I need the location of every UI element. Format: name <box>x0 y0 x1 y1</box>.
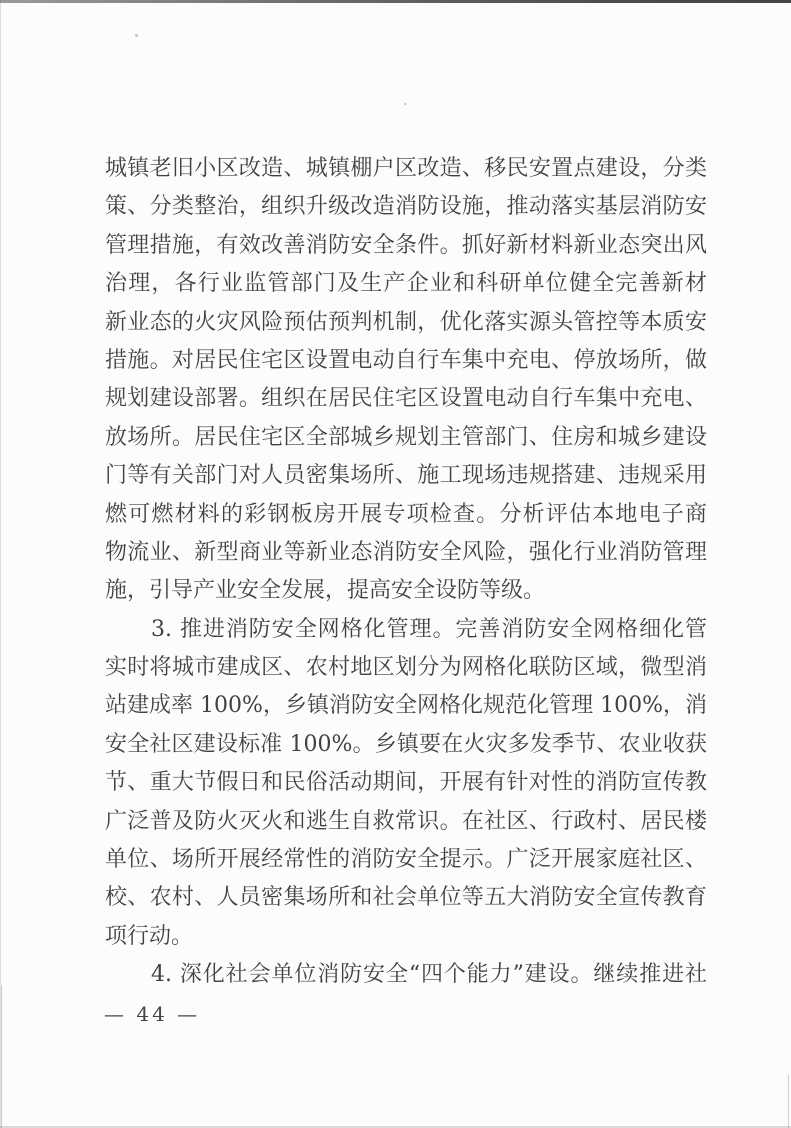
text-line: 管理措施，有效改善消防安全条件。抓好新材料新业态突出风险 <box>105 227 707 265</box>
scan-artifact-left-edge-lower <box>1 985 2 1128</box>
text-line: 施，引导产业安全发展，提高安全设防等级。 <box>105 572 707 610</box>
document-body-text: 城镇老旧小区改造、城镇棚户区改造、移民安置点建设，分类施策、分类整治，组织升级改… <box>105 150 707 995</box>
text-line: 3. 推进消防安全网格化管理。完善消防安全网格细化管理。 <box>105 611 707 649</box>
scan-speck <box>135 34 138 37</box>
text-line: 物流业、新型商业等新业态消防安全风险，强化行业消防管理措 <box>105 534 707 572</box>
scan-speck <box>404 103 407 105</box>
text-line: 新业态的火灾风险预估预判机制，优化落实源头管控等本质安全 <box>105 304 707 342</box>
scan-artifact-right-edge-lower <box>788 1075 789 1128</box>
scan-artifact-left-edge <box>0 0 1 1128</box>
text-line: 城镇老旧小区改造、城镇棚户区改造、移民安置点建设，分类施 <box>105 150 707 188</box>
text-line: 策、分类整治，组织升级改造消防设施，推动落实基层消防安全 <box>105 188 707 226</box>
document-page: 城镇老旧小区改造、城镇棚户区改造、移民安置点建设，分类施策、分类整治，组织升级改… <box>0 0 791 1128</box>
text-line: 措施。对居民住宅区设置电动自行车集中充电、停放场所，做出 <box>105 342 707 380</box>
text-line: 节、重大节假日和民俗活动期间，开展有针对性的消防宣传教育， <box>105 764 707 802</box>
text-line: 放场所。居民住宅区全部城乡规划主管部门、住房和城乡建设部 <box>105 419 707 457</box>
text-line: 实时将城市建成区、农村地区划分为网格化联防区域，微型消防 <box>105 649 707 687</box>
text-line: 安全社区建设标准 100%。乡镇要在火灾多发季节、农业收获季 <box>105 726 707 764</box>
text-line: 燃可燃材料的彩钢板房开展专项检查。分析评估本地电子商务、 <box>105 496 707 534</box>
text-line: 校、农村、人员密集场所和社会单位等五大消防安全宣传教育专 <box>105 879 707 917</box>
text-line: 项行动。 <box>105 918 707 956</box>
text-line: 站建成率 100%，乡镇消防安全网格化规范化管理 100%，消防 <box>105 687 707 725</box>
page-number: — 44 — <box>104 1002 200 1026</box>
text-line: 门等有关部门对人员密集场所、施工现场违规搭建、违规采用易 <box>105 457 707 495</box>
text-line: 治理，各行业监管部门及生产企业和科研单位健全完善新材料、 <box>105 265 707 303</box>
text-line: 广泛普及防火灭火和逃生自救常识。在社区、行政村、居民楼院、 <box>105 803 707 841</box>
scan-artifact-top-edge <box>0 0 791 3</box>
text-line: 4. 深化社会单位消防安全“四个能力”建设。继续推进社会 <box>105 956 707 994</box>
text-line: 单位、场所开展经常性的消防安全提示。广泛开展家庭社区、学 <box>105 841 707 879</box>
text-line: 规划建设部署。组织在居民住宅区设置电动自行车集中充电、停 <box>105 380 707 418</box>
